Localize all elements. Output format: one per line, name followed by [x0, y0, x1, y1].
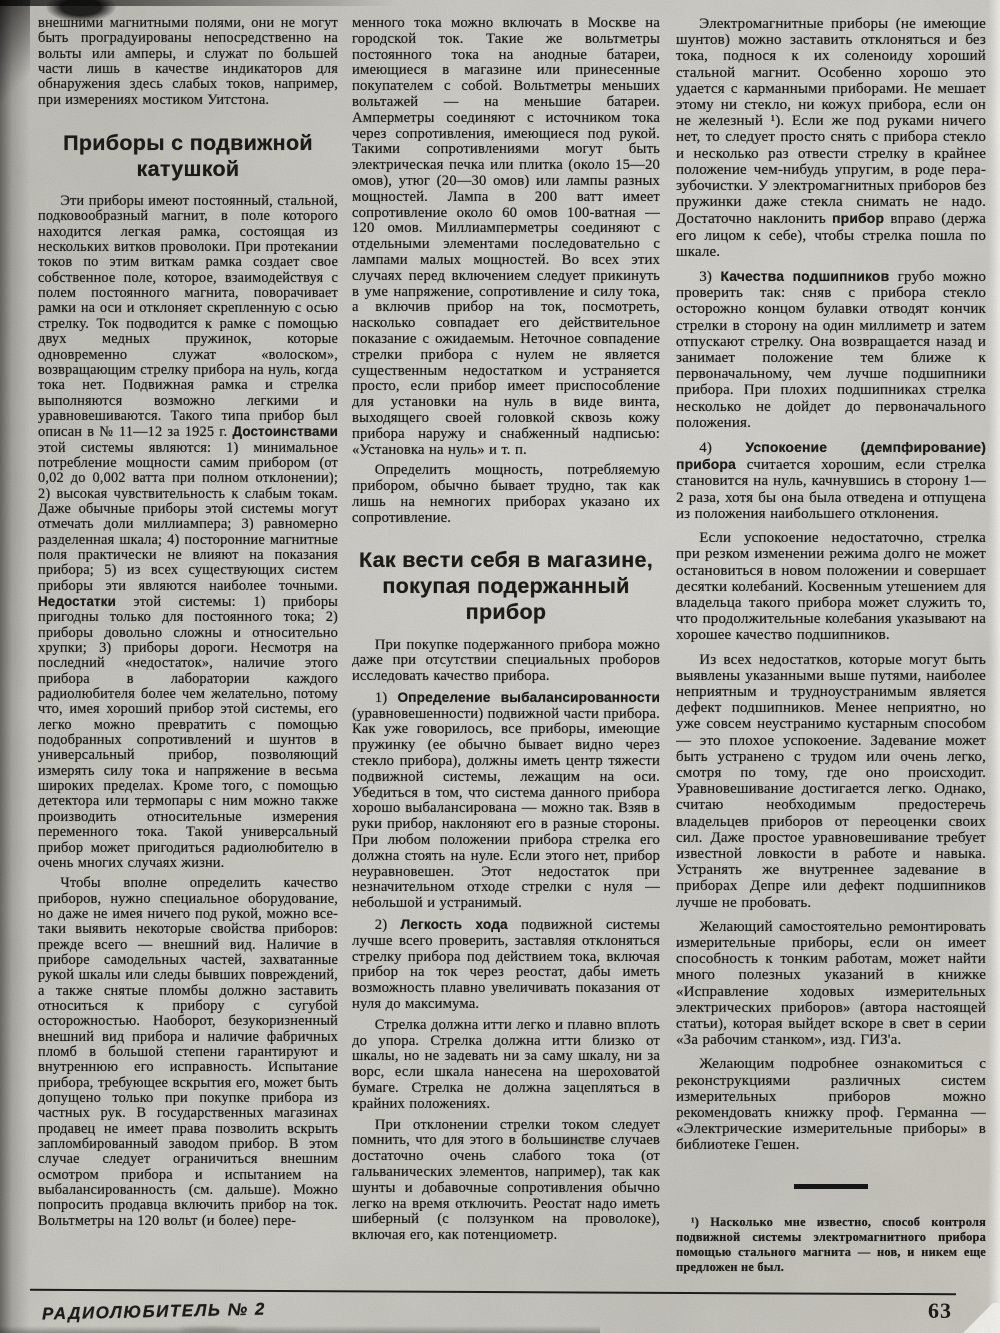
column-1: внешними магнитными полями, они не могут…	[38, 16, 338, 1284]
text-run: Желающий самостоятельно ремонтировать из…	[676, 919, 986, 1048]
text-run: Определить мощность, потребляемую прибор…	[352, 462, 660, 525]
text-run: этой системы являются: 1) минимальное по…	[38, 440, 338, 594]
magazine-page: внешними магнитными полями, они не могут…	[0, 0, 1000, 1333]
paragraph: 4) Успокоение (демпфирование) прибора сч…	[676, 439, 986, 522]
text-run: Электромагнитные приборы (не имеющие шун…	[676, 16, 986, 227]
text-run: ¹) Насколько мне известно, способ контро…	[676, 1215, 986, 1275]
paragraph: 1) Определение выбалансированности (урав…	[352, 690, 660, 912]
paragraph: Чтобы вполне определить качество приборо…	[38, 876, 338, 1229]
scan-corner-bottom-right	[952, 1303, 1000, 1333]
paragraph: При отклонении стрелки током следует пом…	[352, 1118, 660, 1244]
paragraph: При покупке подержанного прибора можно д…	[352, 638, 660, 685]
bold-run: прибор	[832, 210, 884, 226]
text-run: Если успокоение недостаточно, стрелка пр…	[676, 530, 986, 643]
column-3: Электромагнитные приборы (не имеющие шун…	[676, 16, 986, 1320]
bold-run: Качества подшипников	[720, 268, 889, 284]
paragraph: 3) Качества подшипников грубо можно пров…	[676, 268, 986, 431]
text-run: грубо можно проверить так: сняв с прибор…	[676, 269, 986, 431]
scan-strip-right	[988, 0, 1000, 1333]
paragraph: внешними магнитными полями, они не могут…	[38, 16, 338, 108]
text-run: 1)	[375, 690, 398, 706]
ink-smudge	[556, 1138, 602, 1146]
paragraph: Желающий самостоятельно ремонтировать из…	[676, 919, 986, 1049]
paragraph: Из всех недостатков, которые могут быть …	[676, 652, 986, 911]
article-heading: Как вести себя в магазине, покупая подер…	[352, 547, 660, 625]
text-run: Эти приборы имеют постоянный, стальной, …	[38, 193, 338, 440]
article-end-divider	[794, 1184, 868, 1189]
bold-run: Достоинствами	[232, 424, 338, 439]
scan-corner-top-left	[0, 0, 30, 110]
text-run: (уравновешенности) подвижной части прибо…	[352, 706, 660, 912]
text-run: 2)	[375, 917, 401, 933]
text-run: 3)	[699, 269, 720, 285]
paragraph: 2) Легкость хода подвижной системы лучше…	[352, 917, 660, 1013]
paragraph: Если успокоение недостаточно, стрелка пр…	[676, 530, 986, 643]
scan-edge-bottom	[0, 1326, 600, 1333]
bold-run: Определение выбалансированности	[397, 690, 660, 705]
footnote: ¹) Насколько мне известно, способ контро…	[676, 1215, 986, 1276]
text-run: При покупке подержанного прибора можно д…	[352, 637, 660, 685]
page-number: 63	[928, 1298, 952, 1324]
ink-smudge	[180, 1327, 240, 1332]
paragraph: Желающим подробнее ознакомиться с реконс…	[676, 1056, 986, 1153]
paragraph: Эти приборы имеют постоянный, стальной, …	[38, 194, 338, 871]
text-run: Чтобы вполне определить качество приборо…	[38, 875, 338, 1229]
article-heading: Приборы с подвижной катушкой	[38, 130, 338, 182]
paragraph: Определить мощность, потребляемую прибор…	[352, 463, 660, 526]
text-run: внешними магнитными полями, они не могут…	[38, 16, 338, 108]
paragraph: Электромагнитные приборы (не имеющие шун…	[676, 16, 986, 260]
bold-run: Недостатки	[38, 594, 116, 609]
paragraph: Стрелка должна итти легко и плавно вплот…	[352, 1018, 660, 1113]
magazine-title: РАДИОЛЮБИТЕЛЬ № 2	[42, 1299, 266, 1324]
text-run: этой системы: 1) приборы пригодны только…	[38, 594, 338, 871]
bold-run: Легкость хода	[401, 917, 508, 932]
text-run: 4)	[699, 440, 745, 456]
text-run: менного тока можно включать в Москве на …	[352, 16, 660, 458]
paragraph: менного тока можно включать в Москве на …	[352, 16, 660, 458]
text-run: Из всех недостатков, которые могут быть …	[676, 652, 986, 911]
text-run: При отклонении стрелки током следует пом…	[352, 1117, 660, 1244]
text-run: Желающим подробнее ознакомиться с реконс…	[676, 1056, 986, 1153]
column-2: менного тока можно включать в Москве на …	[352, 16, 660, 1284]
scan-edge-left	[0, 0, 30, 1333]
text-run: Стрелка должна итти легко и плавно вплот…	[352, 1017, 660, 1112]
